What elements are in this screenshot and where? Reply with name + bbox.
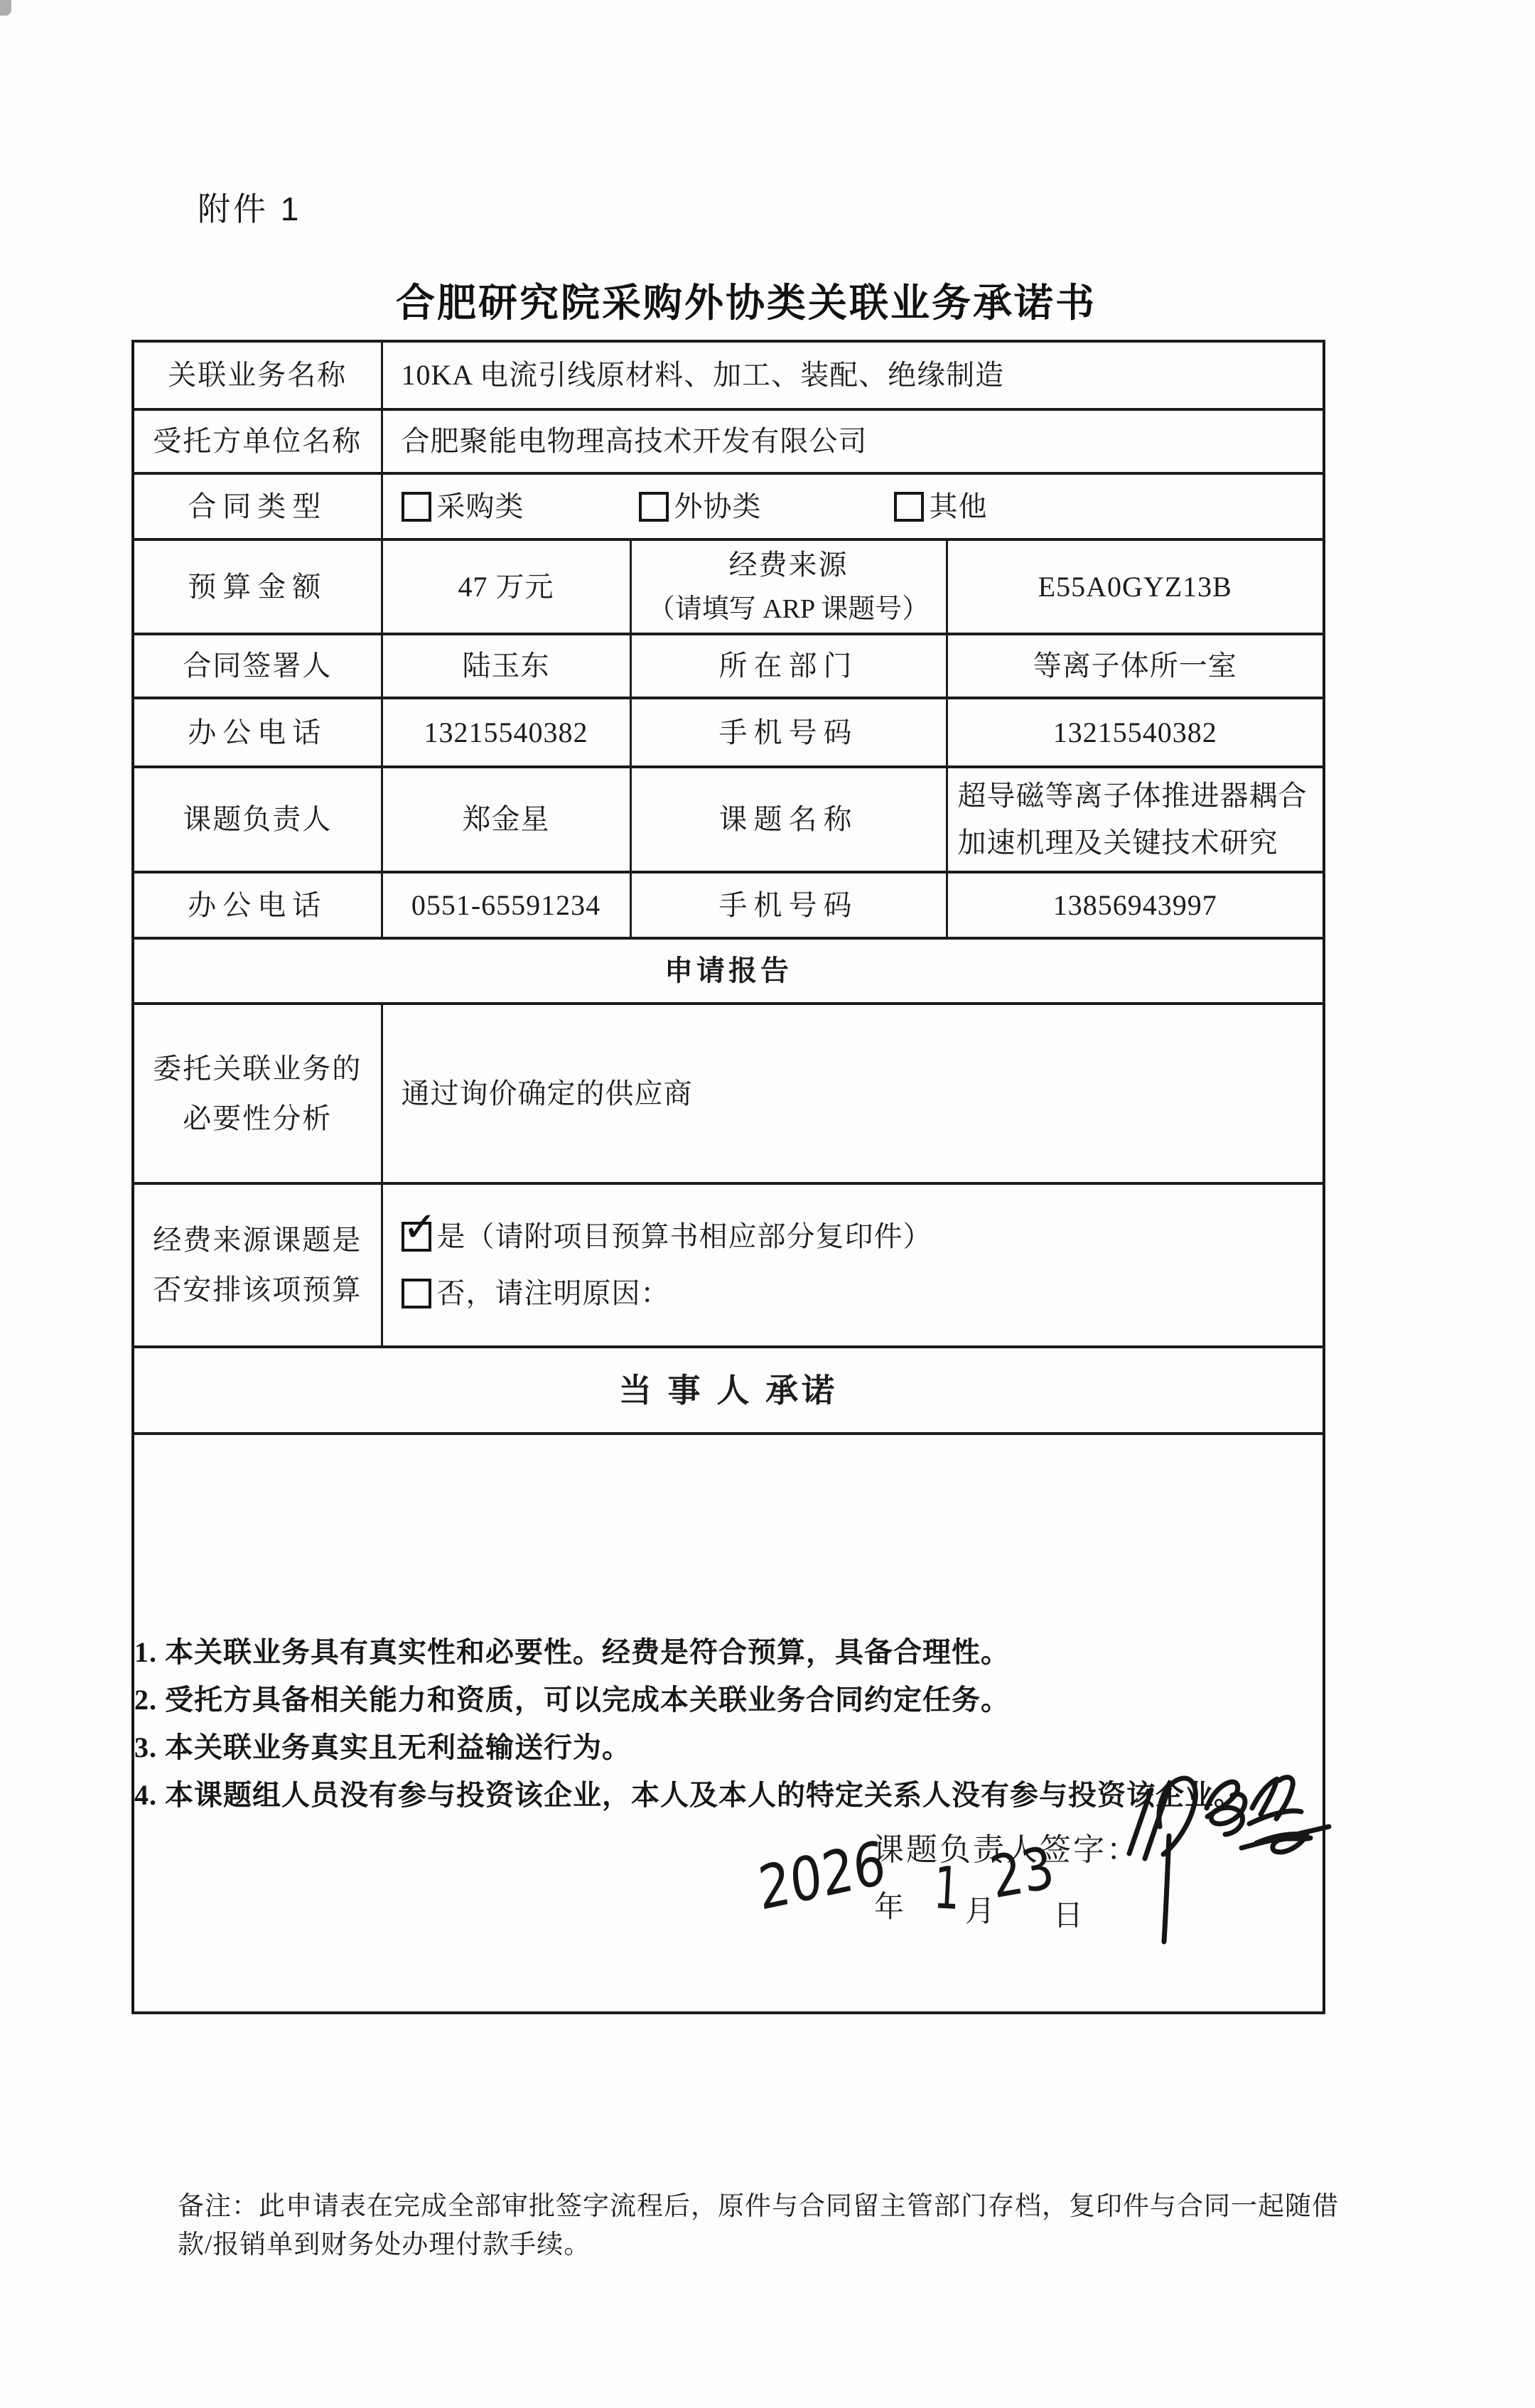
field-value-project: 超导磁等离子体推进器耦合加速机理及关键技术研究: [947, 767, 1324, 872]
field-value-related-business: 10KA 电流引线原材料、加工、装配、绝缘制造: [382, 341, 1324, 409]
row-signer-phones: 办公电话 13215540382 手机号码 13215540382: [133, 698, 1324, 767]
checkbox-purchase-unchecked: [402, 492, 431, 522]
scanned-form-page: 附件 1 合肥研究院采购外协类关联业务承诺书 关联业务名称 10KA 电流引线原…: [0, 0, 1535, 2408]
field-label-department: 所在部门: [630, 634, 947, 698]
field-label-mobile-leader: 手机号码: [630, 872, 947, 938]
contract-type-option-purchase: 采购类: [402, 490, 524, 522]
field-label-mobile-signer: 手机号码: [630, 698, 947, 767]
row-commitment-header: 当 事 人 承诺: [133, 1347, 1324, 1434]
month-suffix: 月: [965, 1888, 995, 1930]
budget-arranged-no-label: 否，请注明原因：: [437, 1277, 670, 1309]
scan-corner-artifact: [0, 0, 11, 16]
row-budget-arranged: 经费来源课题是否安排该项预算 ✓是（请附项目预算书相应部分复印件） 否，请注明原…: [133, 1183, 1324, 1347]
field-value-signer: 陆玉东: [382, 634, 630, 698]
field-label-project: 课题名称: [630, 767, 947, 872]
row-budget-funding: 预算金额 47 万元 经费来源 （请填写 ARP 课题号） E55A0GYZ13…: [133, 539, 1324, 634]
checkbox-yes-checked: ✓: [402, 1222, 431, 1252]
contract-type-option-other: 其他: [894, 490, 988, 522]
field-label-budget: 预算金额: [133, 539, 382, 634]
row-leader-phones: 办公电话 0551-65591234 手机号码 13856943997: [133, 872, 1324, 938]
field-value-department: 等离子体所一室: [947, 634, 1324, 698]
field-label-office-phone-leader: 办公电话: [133, 872, 382, 938]
row-leader-project: 课题负责人 郑金星 课题名称 超导磁等离子体推进器耦合加速机理及关键技术研究: [133, 767, 1324, 872]
field-label-entrusted-unit: 受托方单位名称: [133, 409, 382, 473]
page-title: 合肥研究院采购外协类关联业务承诺书: [0, 272, 1492, 328]
handwritten-day: 23: [986, 1839, 1059, 1908]
field-label-necessity: 委托关联业务的必要性分析: [133, 1004, 382, 1183]
budget-arranged-yes-label: 是（请附项目预算书相应部分复印件）: [437, 1220, 932, 1252]
field-label-signer: 合同签署人: [133, 634, 382, 698]
checkbox-no-unchecked: [402, 1279, 431, 1308]
row-entrusted-unit: 受托方单位名称 合肥聚能电物理高技术开发有限公司: [133, 409, 1324, 473]
field-value-office-phone-leader: 0551-65591234: [382, 872, 630, 938]
checkbox-other-unchecked: [894, 492, 924, 522]
handwritten-signature: [1100, 1740, 1342, 1953]
checkbox-other-label: 其他: [930, 490, 988, 522]
attachment-label: 附件 1: [198, 183, 301, 230]
field-value-mobile-signer: 13215540382: [947, 698, 1324, 767]
handwritten-month: 1: [932, 1859, 962, 1919]
row-related-business: 关联业务名称 10KA 电流引线原材料、加工、装配、绝缘制造: [133, 341, 1324, 409]
field-label-related-business: 关联业务名称: [133, 341, 382, 409]
budget-arranged-options: ✓是（请附项目预算书相应部分复印件） 否，请注明原因：: [382, 1183, 1324, 1347]
application-report-header: 申请报告: [133, 938, 1324, 1004]
budget-arranged-no-line: 否，请注明原因：: [402, 1265, 1313, 1322]
day-suffix: 日: [1053, 1892, 1083, 1935]
field-value-entrusted-unit: 合肥聚能电物理高技术开发有限公司: [382, 409, 1324, 473]
checkbox-outsourcing-unchecked: [639, 492, 669, 522]
commitment-item-1: 1. 本关联业务具有真实性和必要性。经费是符合预算，具备合理性。: [134, 1628, 1323, 1676]
field-value-mobile-leader: 13856943997: [947, 872, 1324, 938]
row-contract-type: 合同类型 采购类 外协类 其他: [133, 473, 1324, 539]
field-label-office-phone-signer: 办公电话: [133, 698, 382, 767]
row-signer-department: 合同签署人 陆玉东 所在部门 等离子体所一室: [133, 634, 1324, 698]
contract-type-option-outsourcing: 外协类: [639, 490, 762, 522]
commitment-header: 当 事 人 承诺: [133, 1347, 1324, 1434]
field-value-office-phone-signer: 13215540382: [382, 698, 630, 767]
row-application-report-header: 申请报告: [133, 938, 1324, 1004]
funding-source-label-line1: 经费来源: [632, 542, 946, 588]
row-necessity: 委托关联业务的必要性分析 通过询价确定的供应商: [133, 1004, 1324, 1183]
checkbox-outsourcing-label: 外协类: [674, 490, 762, 522]
funding-source-label-line2: （请填写 ARP 课题号）: [632, 588, 946, 631]
field-label-funding-source: 经费来源 （请填写 ARP 课题号）: [630, 539, 947, 634]
field-label-budget-arranged: 经费来源课题是否安排该项预算: [133, 1183, 382, 1347]
field-value-necessity: 通过询价确定的供应商: [382, 1004, 1324, 1183]
contract-type-options: 采购类 外协类 其他: [382, 473, 1324, 539]
commitment-item-2: 2. 受托方具备相关能力和资质，可以完成本关联业务合同约定任务。: [134, 1676, 1323, 1724]
field-value-leader: 郑金星: [382, 767, 630, 872]
check-mark-icon: ✓: [403, 1206, 438, 1247]
checkbox-purchase-label: 采购类: [437, 490, 524, 522]
footer-note: 备注：此申请表在完成全部审批签字流程后，原件与合同留主管部门存档，复印件与合同一…: [178, 2188, 1364, 2264]
field-label-contract-type: 合同类型: [133, 473, 382, 539]
budget-arranged-yes-line: ✓是（请附项目预算书相应部分复印件）: [402, 1208, 1313, 1265]
year-suffix: 年: [874, 1883, 904, 1926]
field-value-arp-number: E55A0GYZ13B: [947, 539, 1324, 634]
field-value-budget: 47 万元: [382, 539, 630, 634]
field-label-leader: 课题负责人: [133, 767, 382, 872]
